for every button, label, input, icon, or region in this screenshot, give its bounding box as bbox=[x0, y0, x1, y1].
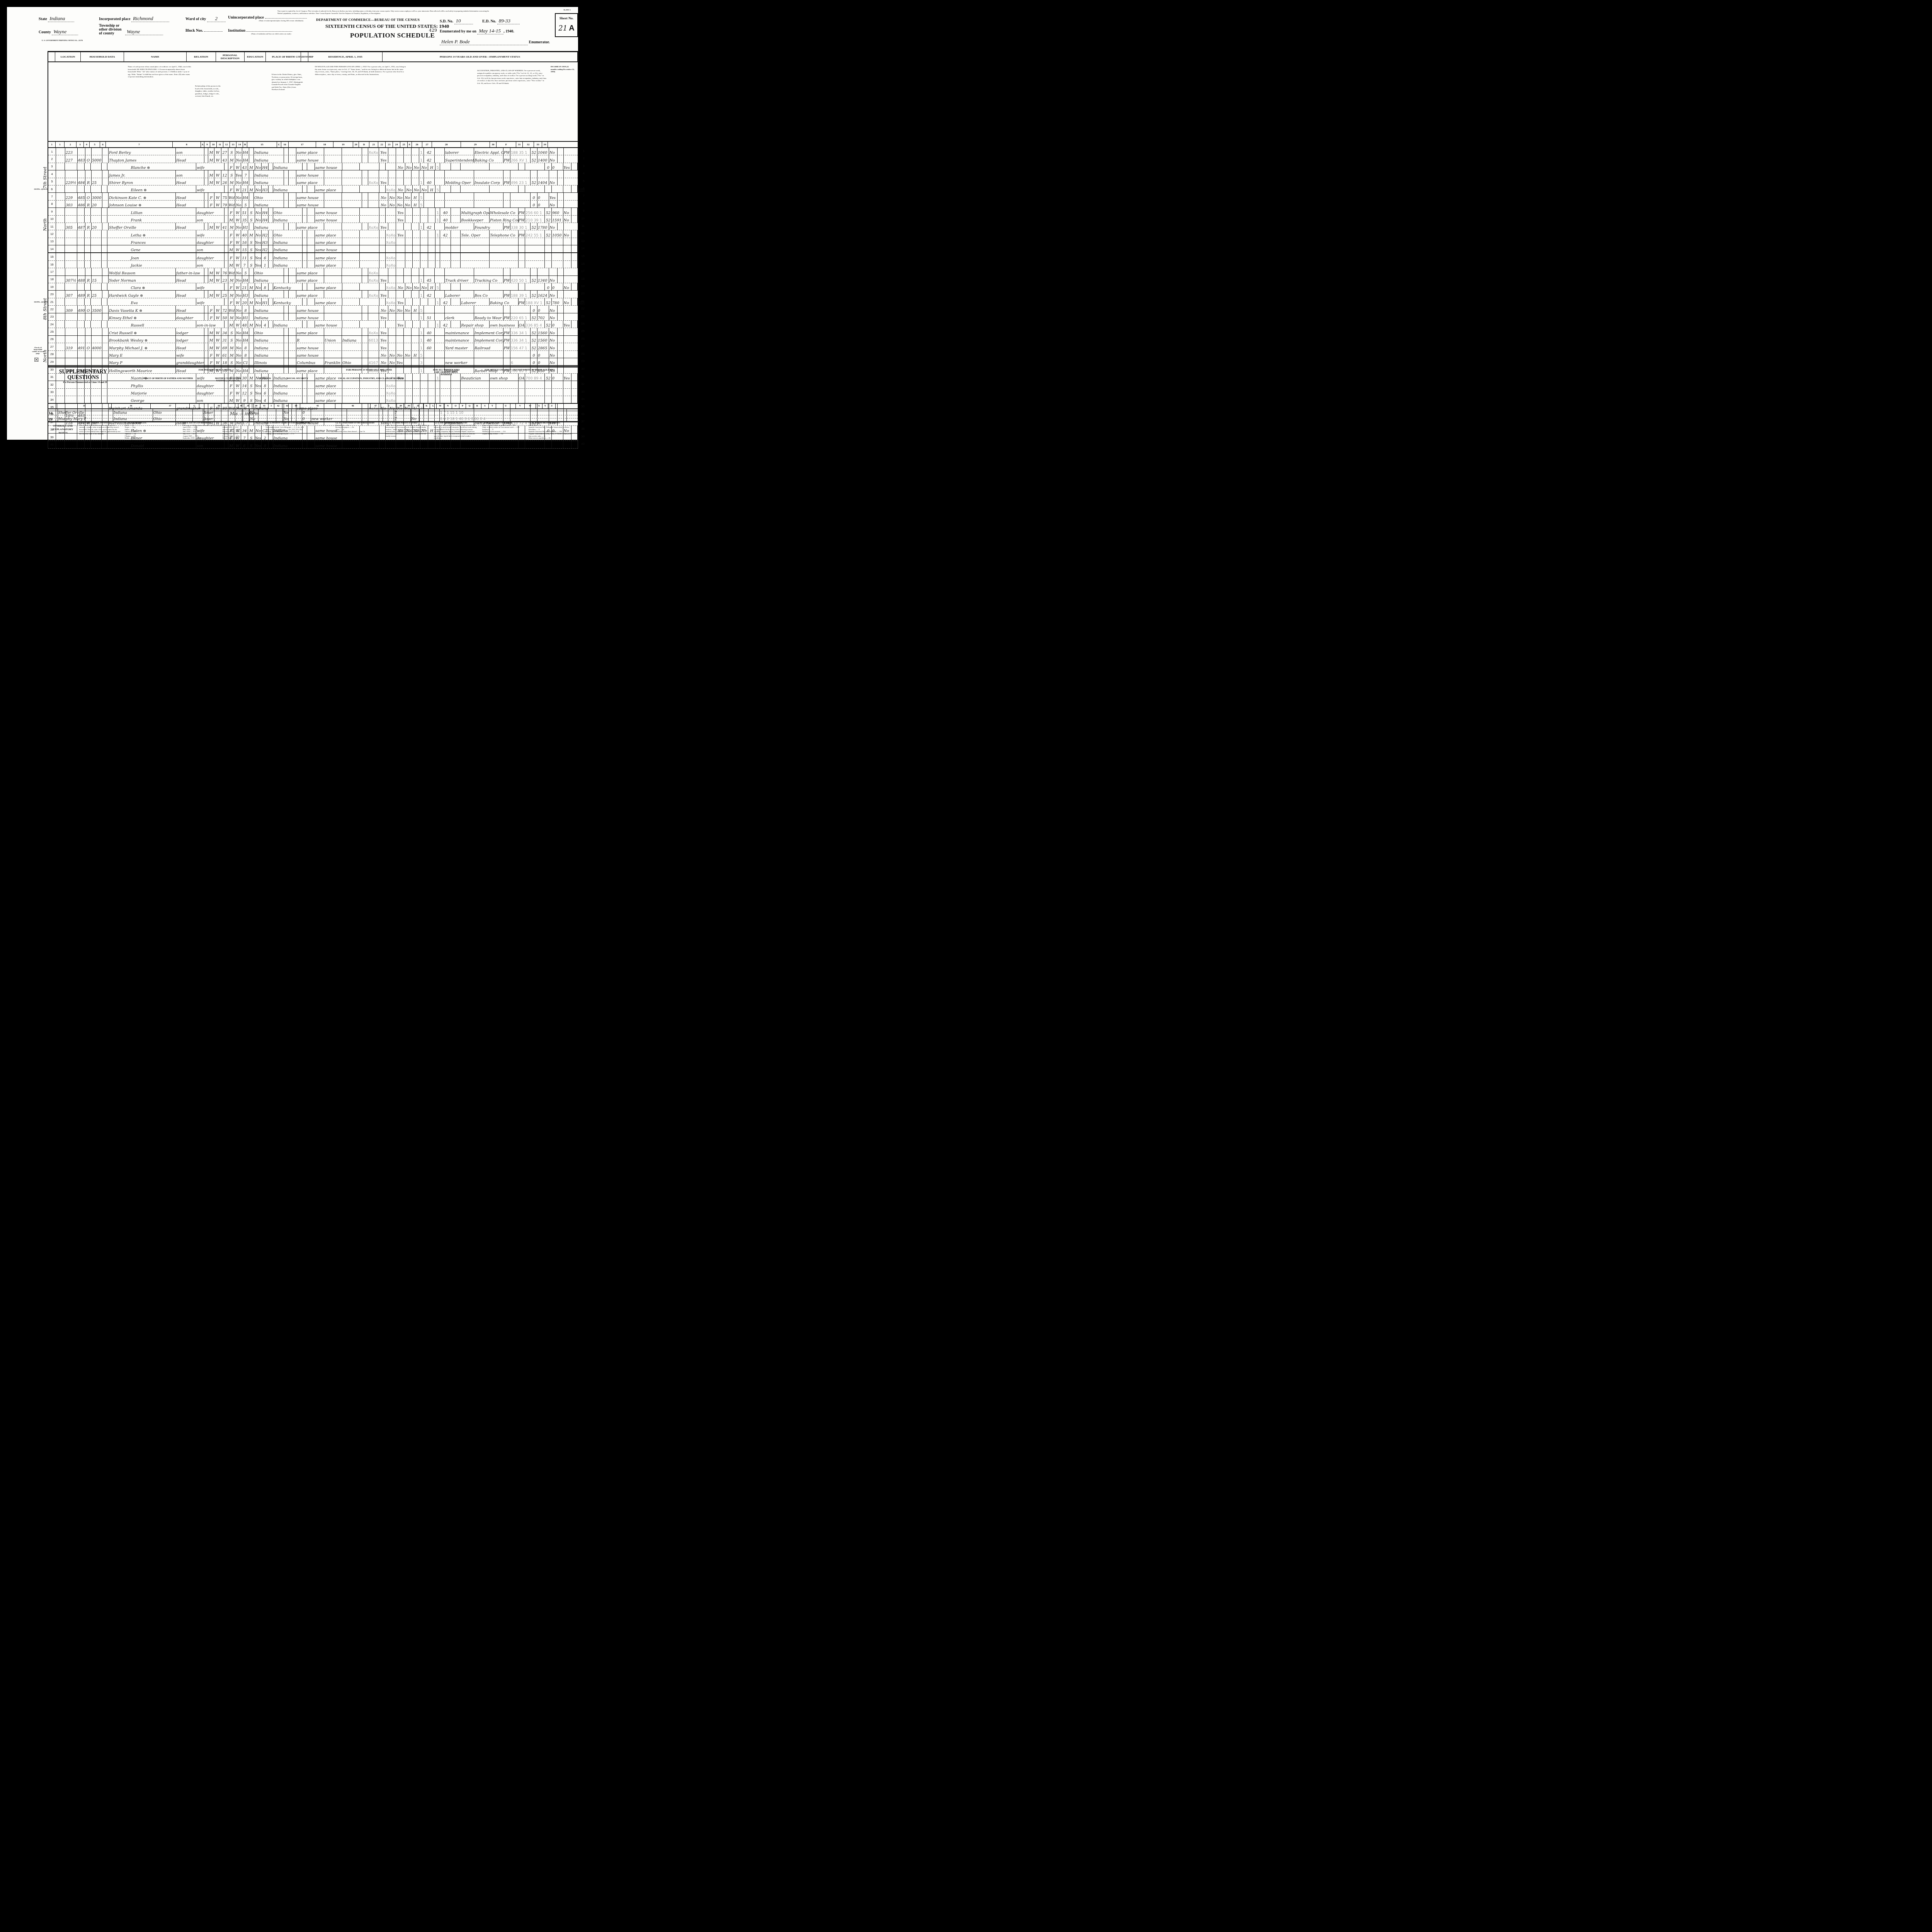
cell-B bbox=[249, 155, 254, 162]
cell-c24 bbox=[420, 216, 428, 223]
cell-house bbox=[65, 358, 78, 365]
group-married-women: FOR ALL WOMEN WHO ARE OR HAVE BEEN MARRI… bbox=[431, 369, 462, 376]
cell-F bbox=[510, 306, 531, 313]
supplementary-column-number: N bbox=[444, 404, 452, 408]
cell-relation: lodger bbox=[176, 336, 204, 343]
cell-name: Kinsey Ethel ⊗ bbox=[109, 313, 176, 320]
cell-c24 bbox=[420, 261, 428, 268]
cell-class: PW bbox=[503, 155, 510, 162]
cell-hours bbox=[424, 358, 435, 365]
cell-cit bbox=[307, 441, 315, 448]
cell-A bbox=[204, 291, 208, 298]
cell-F bbox=[510, 170, 531, 177]
cell-C bbox=[303, 238, 307, 245]
cell-house bbox=[65, 328, 78, 335]
street-note-7th: 7th Street bbox=[43, 167, 48, 189]
cell-A bbox=[224, 238, 228, 245]
cell-marital: M bbox=[228, 343, 235, 350]
cell-house bbox=[65, 351, 78, 358]
table-row: 20307489R25Hardwick Gayle ⊗HeadMW25MNoH3… bbox=[48, 291, 578, 298]
cell-industry: Telephone Co bbox=[490, 230, 519, 237]
cell-res_city: same house bbox=[315, 208, 342, 215]
column-number: 17 bbox=[289, 142, 316, 147]
table-row: 8303486R20Johnson Louise ⊗HeadFW79WdNo5I… bbox=[48, 201, 578, 208]
cell-race: W bbox=[214, 328, 221, 335]
line-number-right: 5 bbox=[583, 179, 585, 183]
cell-value: 15 bbox=[92, 276, 102, 283]
cell-c21 bbox=[396, 238, 405, 245]
cell-c24 bbox=[404, 328, 412, 335]
supplementary-subtitle: For Persons Enumerated on Lines 14 and 2… bbox=[52, 381, 118, 384]
cell-own bbox=[85, 298, 91, 305]
cell-c24 bbox=[404, 313, 412, 320]
cell-c27 bbox=[435, 268, 445, 275]
birthplace-instructions: If born in the United States, give State… bbox=[272, 74, 303, 92]
cell-value bbox=[91, 321, 102, 328]
cell-res_city: same house bbox=[315, 216, 342, 223]
cell-res_state bbox=[342, 178, 362, 185]
cell-c25 bbox=[428, 208, 436, 215]
cell-cit bbox=[289, 178, 296, 185]
cell-grade: 8 bbox=[242, 351, 249, 358]
cell-relation: Head bbox=[176, 178, 204, 185]
county-value: Wayne bbox=[52, 29, 78, 35]
cell-own bbox=[85, 441, 91, 448]
cell-visit bbox=[77, 261, 85, 268]
cell-c27 bbox=[451, 208, 461, 215]
cell-hours: 42 bbox=[440, 321, 451, 328]
cell-B bbox=[249, 343, 254, 350]
cell-D bbox=[368, 351, 379, 358]
cell-E: 1 bbox=[419, 328, 424, 335]
cell-street bbox=[56, 291, 65, 298]
cell-occupation: Tele. Oper bbox=[461, 230, 490, 237]
note-item: March 1940 ..... 0/12 bbox=[223, 437, 260, 439]
cell-visit bbox=[77, 216, 85, 223]
cell-c23: No bbox=[396, 201, 404, 207]
cell-name: Sheffer Orville bbox=[109, 223, 176, 230]
cell-class bbox=[519, 245, 526, 252]
cell-school: No bbox=[235, 276, 242, 283]
cell-street bbox=[56, 178, 65, 185]
cell-res_city: same house bbox=[296, 306, 324, 313]
supplementary-cell-c40 bbox=[259, 415, 267, 421]
note-col11: Col. 11. AGE AT LAST BIRTHDAY:Enter age … bbox=[183, 422, 260, 439]
cell-A bbox=[204, 343, 208, 350]
column-number: 18 bbox=[316, 142, 333, 147]
cell-value: 3500 bbox=[92, 306, 102, 313]
cell-wages: 702 bbox=[537, 313, 549, 320]
cell-occupation bbox=[461, 245, 490, 252]
cell-c23 bbox=[413, 245, 420, 252]
cell-c34 bbox=[558, 193, 564, 200]
table-row: 25Crist Russell ⊗lodgerMW34SNoH4Ohiosame… bbox=[48, 328, 578, 335]
cell-c25 bbox=[428, 298, 436, 305]
column-number: C bbox=[277, 142, 281, 147]
cell-cit bbox=[289, 148, 296, 155]
cell-name: Frances bbox=[107, 238, 196, 245]
cell-res_county bbox=[324, 351, 342, 358]
cell-occupation: Laborer bbox=[461, 298, 490, 305]
cell-wages: 0 bbox=[552, 163, 563, 170]
cell-D: XoXo bbox=[386, 253, 396, 260]
note-col21: Col. 21. WAS THIS PERSON AT WORK?Enter "… bbox=[386, 422, 430, 437]
cell-res_county bbox=[342, 216, 360, 223]
cell-res_county: Union bbox=[324, 336, 342, 343]
cell-age: 18 bbox=[221, 358, 228, 365]
cell-wages: 0 bbox=[537, 193, 549, 200]
cell-industry bbox=[490, 185, 519, 192]
cell-house bbox=[65, 441, 77, 448]
cell-farm bbox=[102, 351, 109, 358]
cell-visit bbox=[77, 185, 85, 192]
cell-F bbox=[510, 351, 531, 358]
cell-race: W bbox=[214, 313, 221, 320]
cell-c21: Yes bbox=[379, 313, 388, 320]
mother-tongue-header: MOTHER TONGUE (OR NATIVE LANGUAGE) bbox=[211, 378, 245, 382]
cell-res_county bbox=[342, 283, 360, 290]
cell-own bbox=[85, 185, 91, 192]
supplementary-cell-name: Murphy Mary P bbox=[58, 415, 113, 421]
cell-F: 6 bbox=[510, 358, 531, 365]
cell-class bbox=[519, 163, 526, 170]
line-number-right: 10 bbox=[581, 217, 585, 220]
supplementary-column-number: 42 bbox=[274, 404, 282, 408]
cell-value bbox=[91, 163, 102, 170]
cell-marital: M bbox=[248, 230, 255, 237]
cell-race: W bbox=[214, 201, 221, 207]
cell-house: 307½ bbox=[65, 276, 78, 283]
cell-cit bbox=[289, 291, 296, 298]
cell-c22 bbox=[405, 261, 413, 268]
cell-wages: 0 bbox=[552, 283, 563, 290]
cell-c27 bbox=[435, 148, 445, 155]
cell-name: Letha ⊗ bbox=[107, 230, 196, 237]
cell-c25 bbox=[428, 261, 436, 268]
cell-relation: Head bbox=[176, 306, 204, 313]
cell-race: W bbox=[214, 170, 221, 177]
cell-B bbox=[249, 351, 254, 358]
cell-name: Yoder Norman bbox=[109, 276, 176, 283]
cell-res_city: same house bbox=[315, 245, 342, 252]
cell-weeks bbox=[545, 253, 552, 260]
cell-C bbox=[303, 321, 307, 328]
cell-class: PW bbox=[503, 178, 510, 185]
table-row: 14GenesonMW15SYesH2Indianasame house14 bbox=[48, 245, 578, 253]
cell-class: PW bbox=[503, 343, 510, 350]
cell-other_income: No bbox=[549, 223, 558, 230]
cell-cit bbox=[289, 306, 296, 313]
cell-B bbox=[249, 148, 254, 155]
supplementary-cell-line: 29 bbox=[48, 415, 58, 421]
cell-E: 1 bbox=[435, 298, 440, 305]
cell-industry bbox=[474, 358, 503, 365]
cell-marital: S bbox=[228, 328, 235, 335]
cell-farm bbox=[102, 208, 108, 215]
cell-D: XoXo bbox=[368, 178, 379, 185]
cell-B bbox=[249, 328, 254, 335]
cell-E: 1 bbox=[419, 313, 424, 320]
cell-marital: Wd bbox=[228, 268, 235, 275]
cell-school: No bbox=[255, 298, 262, 305]
cell-occupation: Truck driver bbox=[445, 276, 474, 283]
supplementary-column-number: L bbox=[430, 404, 437, 408]
cell-D bbox=[386, 321, 396, 328]
supplementary-column-number: J bbox=[381, 404, 397, 408]
cell-B bbox=[269, 253, 273, 260]
supplementary-row: 29Murphy Mary PIndianaOhioAmerNoNo0new w… bbox=[48, 415, 578, 422]
cell-occupation bbox=[445, 306, 474, 313]
cell-A bbox=[224, 185, 228, 192]
household-continued-checkbox[interactable]: ☒ bbox=[34, 357, 39, 364]
cell-c21 bbox=[396, 261, 405, 268]
cell-res_county bbox=[324, 170, 342, 177]
cell-D bbox=[386, 208, 396, 215]
cell-own bbox=[85, 170, 92, 177]
cell-C bbox=[284, 223, 289, 230]
cell-c23 bbox=[413, 253, 420, 260]
cell-res_state bbox=[360, 238, 379, 245]
cell-c27 bbox=[451, 261, 461, 268]
cell-house bbox=[65, 170, 78, 177]
supplementary-cell-c47 bbox=[383, 415, 394, 421]
cell-weeks: 0 bbox=[545, 163, 552, 170]
cell-sex: M bbox=[228, 321, 235, 328]
cell-industry: Baking Co bbox=[490, 298, 519, 305]
cell-street bbox=[56, 163, 65, 170]
cell-weeks: 52 bbox=[545, 298, 552, 305]
cell-c21: Yes bbox=[396, 321, 405, 328]
cell-birthplace: Indiana bbox=[254, 351, 284, 358]
cell-c23: No bbox=[413, 185, 420, 192]
cell-weeks: 0 bbox=[545, 283, 552, 290]
line-number-right: 18 bbox=[581, 277, 585, 281]
cell-c34 bbox=[558, 170, 564, 177]
cell-D bbox=[368, 193, 379, 200]
cell-street bbox=[56, 283, 65, 290]
cell-race: W bbox=[234, 321, 241, 328]
cell-wages bbox=[552, 185, 563, 192]
cell-sex: F bbox=[208, 306, 214, 313]
cell-c24: No bbox=[404, 201, 412, 207]
cell-c22 bbox=[405, 245, 413, 252]
cell-race: W bbox=[214, 336, 221, 343]
note-item: Regular establishment (Army, Navy, or Ma… bbox=[529, 433, 575, 437]
table-row: 2227483O5000Thayton JamesHeadMW43MNoH4In… bbox=[48, 155, 578, 163]
cell-res_state bbox=[360, 185, 379, 192]
cell-D: XoXo bbox=[386, 298, 396, 305]
cell-D bbox=[368, 170, 379, 177]
line-number-right: 12 bbox=[581, 231, 585, 235]
cell-c27 bbox=[451, 245, 461, 252]
cell-c20 bbox=[379, 163, 386, 170]
cell-occupation: Repair shop bbox=[461, 321, 490, 328]
cell-D bbox=[368, 201, 379, 207]
cell-line: 18 bbox=[48, 276, 56, 283]
cell-C bbox=[303, 185, 307, 192]
table-row: 13FrancesdaughterFW16SYesH3Indianasame p… bbox=[48, 238, 578, 245]
cell-house bbox=[65, 313, 78, 320]
cell-D bbox=[368, 343, 379, 350]
cell-school: Yes bbox=[255, 245, 262, 252]
cell-name: Blanche ⊗ bbox=[107, 163, 196, 170]
cell-relation: father-in-law bbox=[176, 268, 204, 275]
cell-c24 bbox=[404, 291, 412, 298]
sheet-number-box: Sheet No. 21A bbox=[555, 13, 578, 37]
cell-school: No bbox=[255, 321, 262, 328]
cell-E: 1 bbox=[435, 208, 440, 215]
cell-other_income: No bbox=[549, 343, 558, 350]
cell-res_county bbox=[342, 253, 360, 260]
cell-class bbox=[519, 283, 526, 290]
cell-value: 4000 bbox=[92, 343, 102, 350]
cell-D bbox=[368, 155, 379, 162]
cell-birthplace: Indiana bbox=[254, 223, 284, 230]
cell-hours: 42 bbox=[440, 230, 451, 237]
cell-marital: M bbox=[228, 351, 235, 358]
cell-c27 bbox=[435, 306, 445, 313]
supplementary-column-number: 48 bbox=[397, 404, 405, 408]
cell-line: 3 bbox=[48, 163, 56, 170]
line-number-right: 40 bbox=[581, 442, 585, 446]
cell-industry: Trucking Co bbox=[474, 276, 503, 283]
cell-sex: F bbox=[208, 351, 214, 358]
table-row: 5229½484R25Shirer ByronHeadMW26MNoH4Indi… bbox=[48, 178, 578, 185]
cell-B bbox=[269, 245, 273, 252]
cell-c25 bbox=[412, 148, 419, 155]
cell-c20 bbox=[362, 276, 368, 283]
cell-wages: 1400 bbox=[537, 155, 549, 162]
cell-house: 229 bbox=[65, 193, 78, 200]
cell-other_income: No bbox=[549, 313, 558, 320]
cell-c20 bbox=[379, 283, 386, 290]
cell-other_income: No bbox=[549, 291, 558, 298]
cell-c22: No bbox=[405, 185, 413, 192]
cell-birthplace: Ohio bbox=[254, 193, 284, 200]
cell-c20 bbox=[362, 201, 368, 207]
cell-c27 bbox=[435, 358, 445, 365]
cell-cit bbox=[307, 261, 315, 268]
cell-cit bbox=[307, 238, 315, 245]
cell-cit bbox=[307, 321, 315, 328]
cell-c27 bbox=[451, 185, 461, 192]
column-group-headers: LOCATIONHOUSEHOLD DATANAMERELATIONPERSON… bbox=[48, 52, 578, 62]
cell-age: 79 bbox=[221, 201, 228, 207]
cell-c23 bbox=[396, 291, 404, 298]
cell-relation: daughter bbox=[196, 253, 224, 260]
cell-res_city: same place bbox=[296, 328, 324, 335]
cell-industry: Railroad bbox=[474, 343, 503, 350]
cell-C bbox=[284, 148, 289, 155]
cell-age: 75 bbox=[221, 193, 228, 200]
cell-res_county bbox=[324, 223, 342, 230]
note-col41: Col. 41. WAR OR MILITARY SERVICE:World W… bbox=[529, 422, 575, 439]
cell-street bbox=[56, 208, 65, 215]
cell-B bbox=[249, 178, 254, 185]
cell-c27 bbox=[451, 230, 461, 237]
cell-age: 6 bbox=[241, 441, 248, 448]
cell-c20 bbox=[379, 261, 386, 268]
column-number: 29 bbox=[461, 142, 490, 147]
cell-res_city: same place bbox=[315, 261, 342, 268]
cell-grade: H4 bbox=[242, 178, 249, 185]
cell-farm bbox=[102, 306, 109, 313]
cell-c25 bbox=[412, 268, 419, 275]
cell-wages bbox=[552, 238, 563, 245]
table-row: 27319491O4000Murphy Michael J. ⊗HeadMW69… bbox=[48, 343, 578, 350]
column-number: 24 bbox=[393, 142, 400, 147]
cell-weeks: 52 bbox=[531, 328, 537, 335]
cell-occupation: Multigraph Oper bbox=[461, 208, 490, 215]
cell-birthplace: Indiana bbox=[254, 306, 284, 313]
cell-grade: 7 bbox=[242, 170, 249, 177]
cell-res_state bbox=[342, 155, 362, 162]
supplementary-column-number: V bbox=[516, 404, 525, 408]
cell-c25 bbox=[428, 253, 436, 260]
cell-D bbox=[368, 306, 379, 313]
cell-race: W bbox=[234, 283, 241, 290]
supplementary-column-number: K bbox=[423, 404, 430, 408]
cell-name: Murphy Michael J. ⊗ bbox=[109, 343, 176, 350]
cell-res_city: same place bbox=[315, 253, 342, 260]
cell-occupation bbox=[445, 170, 474, 177]
cell-c25: H bbox=[412, 351, 419, 358]
supplementary-cell-father: Indiana bbox=[113, 409, 153, 415]
cell-c20 bbox=[379, 321, 386, 328]
suppl-quest-tag-14-right: SUPPL. QUEST. bbox=[578, 189, 585, 192]
cell-c25 bbox=[412, 170, 419, 177]
cell-hours: 40 bbox=[424, 178, 435, 185]
cell-street bbox=[56, 245, 65, 252]
state-field: State Indiana bbox=[39, 15, 74, 22]
cell-hours bbox=[440, 283, 451, 290]
column-number: 26 bbox=[412, 142, 422, 147]
cell-wages: 780 bbox=[552, 298, 563, 305]
cell-c34 bbox=[558, 223, 564, 230]
cell-C bbox=[303, 163, 307, 170]
cell-A bbox=[224, 208, 228, 215]
cell-res_state bbox=[360, 253, 379, 260]
cell-value bbox=[92, 313, 102, 320]
cell-wages: 1560 bbox=[537, 336, 549, 343]
cell-hours: 42 bbox=[424, 155, 435, 162]
cell-other_income bbox=[563, 185, 572, 192]
cell-value bbox=[91, 238, 102, 245]
cell-res_county bbox=[324, 193, 342, 200]
cell-c23 bbox=[413, 230, 420, 237]
supplementary-cell-c43 bbox=[292, 415, 302, 421]
cell-other_income: No bbox=[563, 208, 572, 215]
cell-own bbox=[85, 253, 91, 260]
cell-class bbox=[503, 193, 510, 200]
cell-class: OA bbox=[519, 321, 526, 328]
cell-res_city: same place bbox=[296, 268, 324, 275]
cell-marital: M bbox=[228, 276, 235, 283]
cell-c23 bbox=[396, 170, 404, 177]
cell-own bbox=[85, 313, 92, 320]
cell-farm bbox=[102, 216, 108, 223]
cell-c34 bbox=[558, 155, 564, 162]
cell-cit bbox=[307, 298, 315, 305]
cell-cit bbox=[289, 336, 296, 343]
cell-name: Gene bbox=[107, 245, 196, 252]
cell-c34 bbox=[571, 185, 578, 192]
table-row: 4James Jr.sonMW12SYes7Indianasame house4 bbox=[48, 170, 578, 178]
supplementary-cell-code_h bbox=[243, 409, 250, 415]
cell-A bbox=[224, 253, 228, 260]
column-number: 23 bbox=[386, 142, 393, 147]
cell-res_city: same house bbox=[296, 193, 324, 200]
